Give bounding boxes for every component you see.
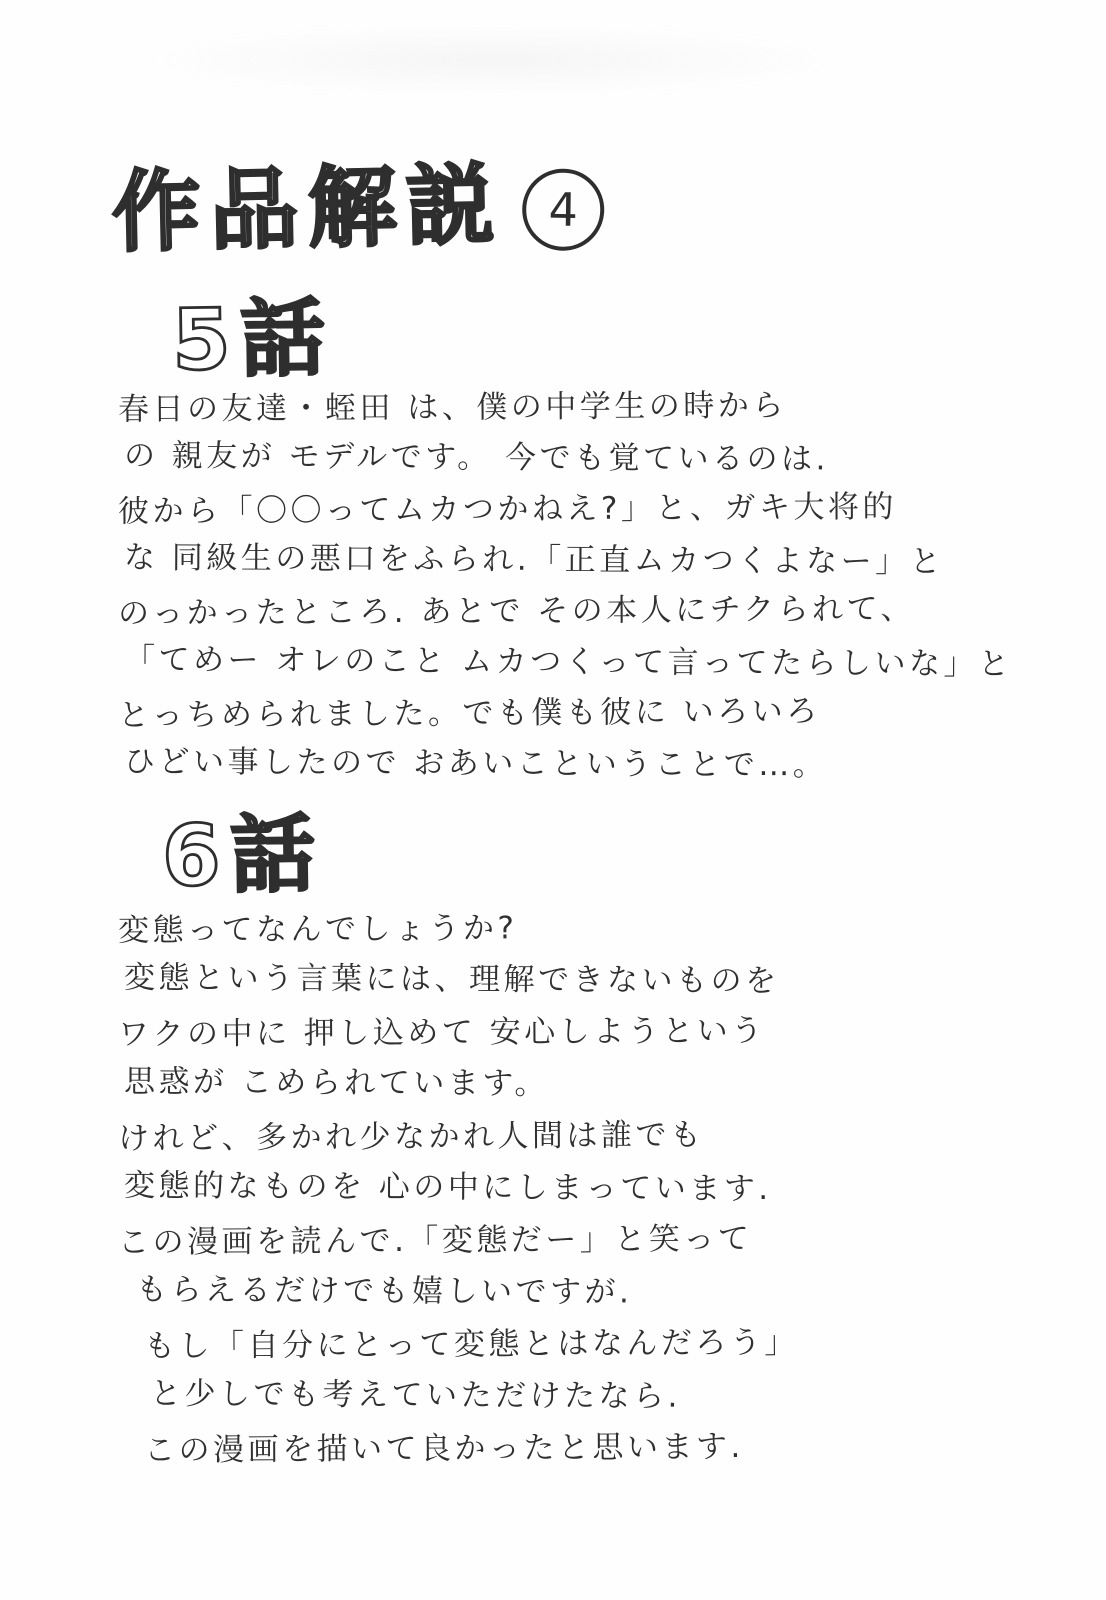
page-title-text: 作品解説	[111, 153, 505, 264]
circled-number-4: 4	[522, 168, 605, 251]
handwritten-line: 春日の友達・蛭田 は、僕の中学生の時から	[118, 379, 998, 435]
section-heading-episode-6: 6話	[161, 787, 325, 910]
handwritten-line: 「てめー オレのこと ムカつくって言ってたらしいな」と	[124, 635, 1004, 691]
episode-6-commentary: 変態ってなんでしょうか? 変態という言葉には、理解できないものを ワクの中に 押…	[118, 902, 998, 1474]
page-title: 作品解説4	[111, 133, 606, 269]
handwritten-line: な 同級生の悪口をふられ.「正直ムカつくよなー」と	[124, 533, 1004, 589]
handwritten-line: 思惑が こめられています。	[124, 1056, 1004, 1113]
handwritten-line: ひどい事したので おあいこということで…。	[124, 737, 1004, 793]
handwritten-line: もらえるだけでも嬉しいですが.	[124, 1264, 1004, 1321]
handwritten-line: けれど、多かれ少なかれ人間は誰でも	[118, 1107, 998, 1164]
handwritten-line: もし「自分にとって変態とはなんだろう」	[118, 1315, 998, 1372]
scanned-handwritten-page: 作品解説4 5話 春日の友達・蛭田 は、僕の中学生の時から の 親友が モデルで…	[0, 0, 1106, 1600]
scan-smudge	[140, 25, 840, 95]
handwritten-line: と少しでも考えていただけたなら.	[124, 1368, 1004, 1425]
handwritten-line: とっちめられました。でも僕も彼に いろいろ	[118, 685, 998, 741]
handwritten-line: この漫画を描いて良かったと思います.	[118, 1419, 998, 1476]
handwritten-line: 変態ってなんでしょうか?	[118, 899, 998, 956]
handwritten-line: の 親友が モデルです。 今でも覚ているのは.	[124, 431, 1004, 487]
handwritten-line: のっかったところ. あとで その本人にチクられて、	[118, 583, 998, 639]
handwritten-line: この漫画を読んで.「変態だー」と笑って	[118, 1211, 998, 1268]
handwritten-line: 変態的なものを 心の中にしまっています.	[124, 1160, 1004, 1217]
episode-5-commentary: 春日の友達・蛭田 は、僕の中学生の時から の 親友が モデルです。 今でも覚てい…	[118, 382, 998, 790]
handwritten-line: 変態という言葉には、理解できないものを	[124, 952, 1004, 1009]
handwritten-line: 彼から「〇〇ってムカつかねえ?」と、ガキ大将的	[118, 481, 998, 537]
section-heading-episode-5: 5話	[171, 271, 335, 394]
handwritten-line: ワクの中に 押し込めて 安心しようという	[118, 1003, 998, 1060]
